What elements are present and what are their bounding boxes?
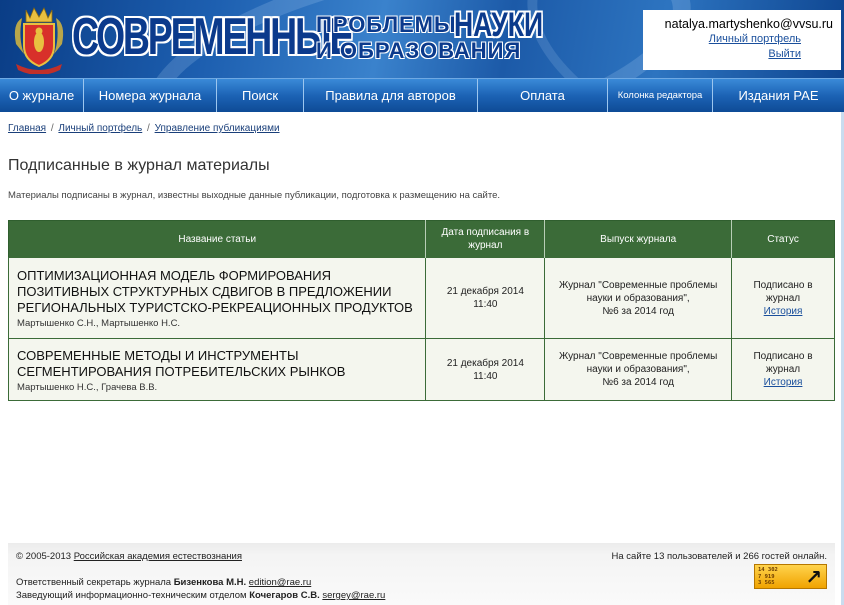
user-panel: natalya.martyshenko@vvsu.ru Личный портф…	[643, 10, 841, 70]
history-link[interactable]: История	[764, 306, 803, 317]
article-cell: ОПТИМИЗАЦИОННАЯ МОДЕЛЬ ФОРМИРОВАНИЯ ПОЗИ…	[9, 258, 426, 339]
copyright: © 2005-2013 Российская академия естество…	[16, 551, 242, 562]
user-email: natalya.martyshenko@vvsu.ru	[643, 16, 833, 32]
breadcrumb-publications[interactable]: Управление публикациями	[155, 123, 280, 134]
breadcrumb-separator: /	[51, 123, 54, 134]
table-row: ОПТИМИЗАЦИОННАЯ МОДЕЛЬ ФОРМИРОВАНИЯ ПОЗИ…	[9, 258, 835, 339]
article-authors: Мартышенко Н.С., Грачева В.В.	[17, 381, 417, 394]
page-description: Материалы подписаны в журнал, известны в…	[8, 190, 500, 201]
footer: © 2005-2013 Российская академия естество…	[8, 543, 835, 605]
rae-link[interactable]: Российская академия естествознания	[74, 551, 242, 562]
date-cell: 21 декабря 2014 11:40	[426, 258, 545, 339]
secretary-email-link[interactable]: edition@rae.ru	[249, 577, 311, 588]
issue-journal: Журнал "Современные проблемы науки и обр…	[551, 350, 725, 376]
column-header-title: Название статьи	[9, 221, 426, 258]
nav-search[interactable]: Поиск	[217, 79, 304, 112]
secretary-label: Ответственный секретарь журнала	[16, 577, 171, 588]
nav-issues[interactable]: Номера журнала	[84, 79, 217, 112]
breadcrumb-separator: /	[147, 123, 150, 134]
arrow-up-right-icon: ↗	[805, 566, 822, 588]
article-authors: Мартышенко С.Н., Мартышенко Н.С.	[17, 317, 417, 330]
visitor-counter[interactable]: 14 302 7 919 3 565 ↗	[754, 564, 827, 589]
sign-date: 21 декабря 2014	[432, 285, 538, 298]
logo-text-main: СОВРЕМЕННЫЕ	[72, 8, 352, 66]
secretary-info: Ответственный секретарь журнала Бизенков…	[16, 577, 311, 588]
logo-text-science: НАУКИ	[454, 8, 543, 42]
it-head-info: Заведующий информационно-техническим отд…	[16, 590, 385, 601]
header-banner: СОВРЕМЕННЫЕ ПРОБЛЕМЫ НАУКИ И ОБРАЗОВАНИЯ…	[0, 0, 844, 78]
logo-line-problems: ПРОБЛЕМЫ	[316, 14, 457, 36]
status-text: Подписано в журнал	[738, 350, 828, 376]
it-head-email-link[interactable]: sergey@rae.ru	[322, 590, 385, 601]
coat-of-arms-icon	[10, 4, 68, 74]
status-text: Подписано в журнал	[738, 279, 828, 305]
issue-cell: Журнал "Современные проблемы науки и обр…	[545, 258, 732, 339]
sign-date: 21 декабря 2014	[432, 357, 538, 370]
logout-link[interactable]: Выйти	[643, 47, 801, 62]
nav-rae-publications[interactable]: Издания РАЕ	[713, 79, 844, 112]
breadcrumb: Главная / Личный портфель / Управление п…	[8, 123, 280, 134]
article-title: ОПТИМИЗАЦИОННАЯ МОДЕЛЬ ФОРМИРОВАНИЯ ПОЗИ…	[17, 268, 417, 316]
history-link[interactable]: История	[764, 377, 803, 388]
table-row: СОВРЕМЕННЫЕ МЕТОДЫ И ИНСТРУМЕНТЫ СЕГМЕНТ…	[9, 339, 835, 401]
it-head-name: Кочегаров С.В.	[249, 590, 320, 601]
secretary-name: Бизенкова М.Н.	[174, 577, 246, 588]
status-cell: Подписано в журнал История	[732, 258, 835, 339]
date-cell: 21 декабря 2014 11:40	[426, 339, 545, 401]
issue-cell: Журнал "Современные проблемы науки и обр…	[545, 339, 732, 401]
it-head-label: Заведующий информационно-техническим отд…	[16, 590, 247, 601]
page-title: Подписанные в журнал материалы	[8, 157, 270, 175]
article-cell: СОВРЕМЕННЫЕ МЕТОДЫ И ИНСТРУМЕНТЫ СЕГМЕНТ…	[9, 339, 426, 401]
publications-table: Название статьи Дата подписания в журнал…	[8, 220, 835, 401]
copyright-years: © 2005-2013	[16, 551, 71, 562]
breadcrumb-portfolio[interactable]: Личный портфель	[58, 123, 142, 134]
column-header-date: Дата подписания в журнал	[426, 221, 545, 258]
nav-about[interactable]: О журнале	[0, 79, 84, 112]
logo-text-education: И ОБРАЗОВАНИЯ	[316, 40, 521, 62]
nav-payment[interactable]: Оплата	[478, 79, 608, 112]
sign-time: 11:40	[432, 370, 538, 383]
status-cell: Подписано в журнал История	[732, 339, 835, 401]
column-header-issue: Выпуск журнала	[545, 221, 732, 258]
article-title: СОВРЕМЕННЫЕ МЕТОДЫ И ИНСТРУМЕНТЫ СЕГМЕНТ…	[17, 348, 417, 380]
online-stats: На сайте 13 пользователей и 266 гостей о…	[612, 551, 828, 562]
column-header-status: Статус	[732, 221, 835, 258]
main-nav: О журнале Номера журнала Поиск Правила д…	[0, 78, 844, 112]
table-header-row: Название статьи Дата подписания в журнал…	[9, 221, 835, 258]
issue-number: №6 за 2014 год	[551, 376, 725, 389]
issue-number: №6 за 2014 год	[551, 305, 725, 318]
logo-text-problems: ПРОБЛЕМЫ	[316, 14, 457, 36]
sign-time: 11:40	[432, 298, 538, 311]
nav-editor-column[interactable]: Колонка редактора	[608, 79, 713, 112]
nav-author-rules[interactable]: Правила для авторов	[304, 79, 478, 112]
breadcrumb-home[interactable]: Главная	[8, 123, 46, 134]
portfolio-link[interactable]: Личный портфель	[643, 32, 801, 47]
issue-journal: Журнал "Современные проблемы науки и обр…	[551, 279, 725, 305]
